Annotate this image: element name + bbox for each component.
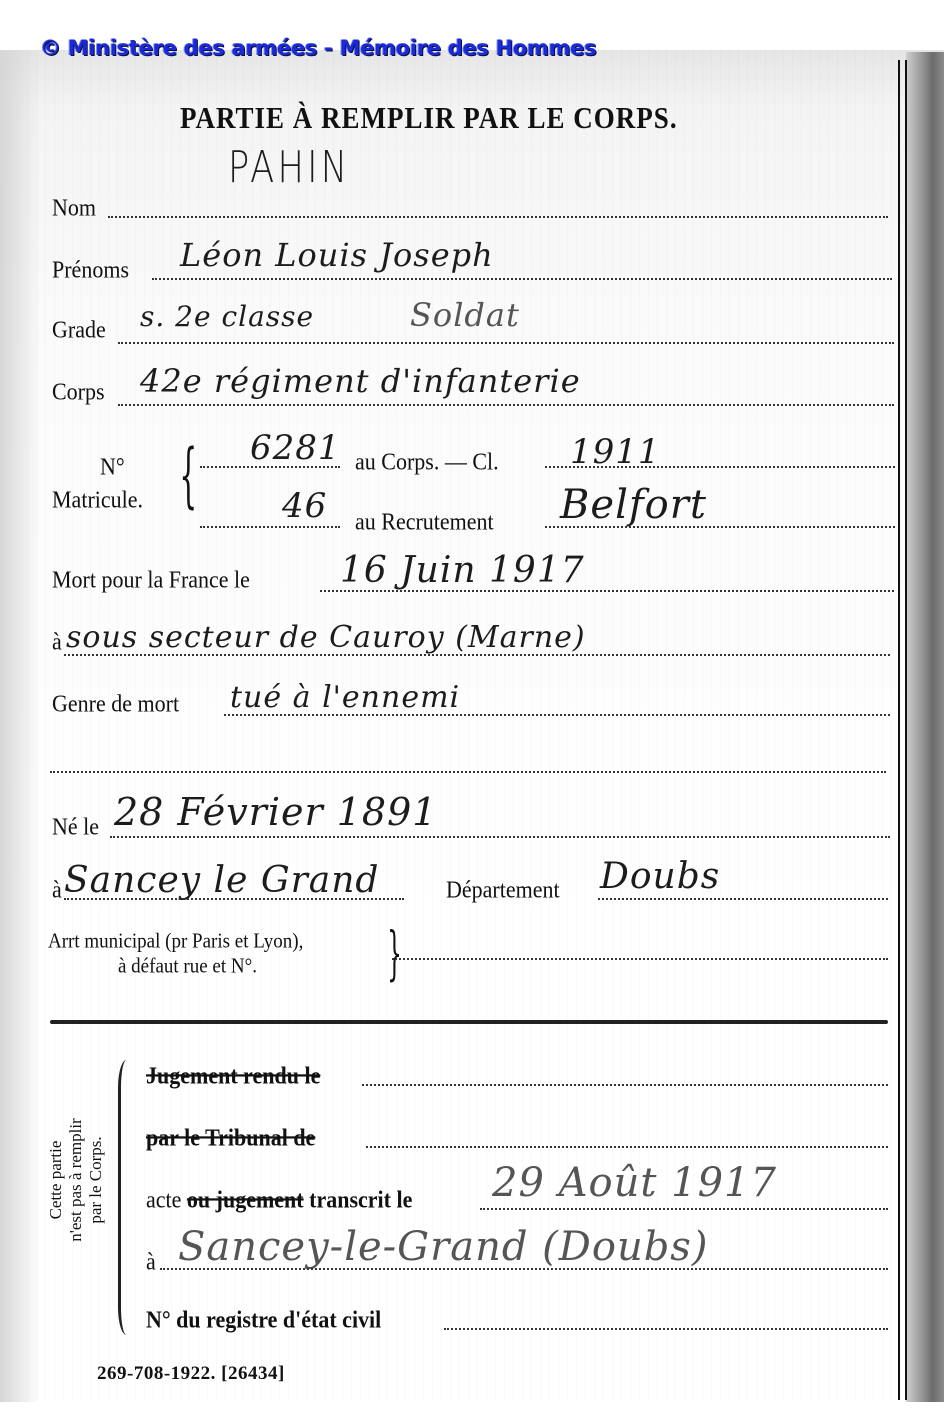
transcrit-lieu-line [160, 1268, 888, 1270]
departement-line [598, 898, 888, 900]
mort-label: Mort pour la France le [52, 565, 250, 594]
tribunal-label: par le Tribunal de [146, 1123, 315, 1152]
corps-value: 42e régiment d'infanterie [140, 362, 581, 400]
form-header: PARTIE À REMPLIR PAR LE CORPS. [180, 101, 678, 136]
side-note-line-1: Cette partie [46, 1080, 66, 1280]
blank-line [50, 771, 886, 773]
genre-mort-line [224, 714, 890, 716]
matricule-label-no: N° [100, 452, 125, 481]
transcrit-line [480, 1208, 888, 1210]
departement-value: Doubs [600, 856, 720, 897]
genre-mort-value: tué à l'ennemi [230, 680, 460, 715]
side-brace [118, 1060, 135, 1335]
nom-line [108, 216, 888, 218]
registre-line [444, 1328, 888, 1330]
side-note-line-2: n'est pas à remplir [66, 1080, 86, 1280]
matricule-corps-label: au Corps. — Cl. [355, 447, 499, 476]
departement-label: Département [446, 875, 560, 904]
transcrit-lieu-label: à [146, 1247, 156, 1276]
transcrit-lieu-value: Sancey-le-Grand (Doubs) [178, 1224, 708, 1270]
recrutement-place: Belfort [560, 482, 707, 528]
arrondissement-brace: } [387, 924, 402, 982]
corps-label: Corps [52, 377, 105, 406]
ne-le-line [110, 836, 890, 838]
matricule-recrutement-line [200, 526, 340, 528]
section-divider [50, 1020, 888, 1024]
copyright-watermark: © Ministère des armées - Mémoire des Hom… [40, 36, 596, 60]
side-note-line-3: par le Corps. [86, 1080, 106, 1280]
transcrit-label-struck: ou jugement [187, 1185, 304, 1213]
margin-rule [905, 60, 907, 1400]
transcrit-label-rest: transcrit le [309, 1185, 412, 1213]
grade-label: Grade [52, 315, 106, 344]
matricule-recrutement-number: 46 [282, 486, 327, 526]
lieu-deces-line [64, 654, 890, 656]
margin-rule [898, 60, 900, 1400]
matricule-brace: { [179, 440, 197, 510]
ne-le-value: 28 Février 1891 [114, 790, 437, 834]
recrutement-label: au Recrutement [355, 507, 494, 536]
jugement-rendu-line [362, 1084, 888, 1086]
nom-value: PAHIN [228, 142, 350, 193]
lieu-deces-label: à [52, 627, 62, 656]
printer-code: 269-708-1922. [26434] [97, 1363, 285, 1385]
page-spine-shadow [906, 52, 944, 1402]
prenoms-value: Léon Louis Joseph [180, 236, 494, 274]
jugement-rendu-label: Jugement rendu le [146, 1061, 320, 1090]
arrondissement-line [392, 958, 888, 960]
corps-line [118, 404, 894, 406]
arrondissement-label-1: Arrt municipal (pr Paris et Lyon), [48, 929, 303, 954]
genre-mort-label: Genre de mort [52, 689, 179, 718]
lieu-naissance-line [64, 898, 404, 900]
prenoms-label: Prénoms [52, 255, 129, 284]
lieu-naissance-value: Sancey le Grand [64, 860, 379, 901]
registre-label: N° du registre d'état civil [146, 1305, 381, 1334]
matricule-corps-number: 6281 [250, 428, 341, 468]
prenoms-line [152, 278, 892, 280]
mort-line [320, 590, 894, 592]
ne-le-label: Né le [52, 812, 99, 841]
mort-date: 16 Juin 1917 [340, 550, 585, 591]
tribunal-line [366, 1146, 888, 1148]
transcrit-date: 29 Août 1917 [492, 1160, 777, 1206]
transcrit-label: acte ou jugement transcrit le [146, 1185, 412, 1214]
grade-value: s. 2e classe [140, 300, 314, 333]
grade-value-soldat: Soldat [410, 296, 520, 334]
transcrit-label-acte: acte [146, 1185, 181, 1213]
lieu-deces-value: sous secteur de Cauroy (Marne) [66, 620, 586, 655]
grade-line [118, 342, 894, 344]
classe-line [545, 466, 895, 468]
recrutement-line [545, 526, 895, 528]
lieu-naissance-label: à [52, 875, 62, 904]
nom-label: Nom [52, 193, 96, 222]
side-note: Cette partie n'est pas à remplir par le … [46, 1080, 106, 1280]
matricule-label: Matricule. [52, 485, 143, 514]
arrondissement-label-2: à défaut rue et N°. [118, 954, 257, 979]
